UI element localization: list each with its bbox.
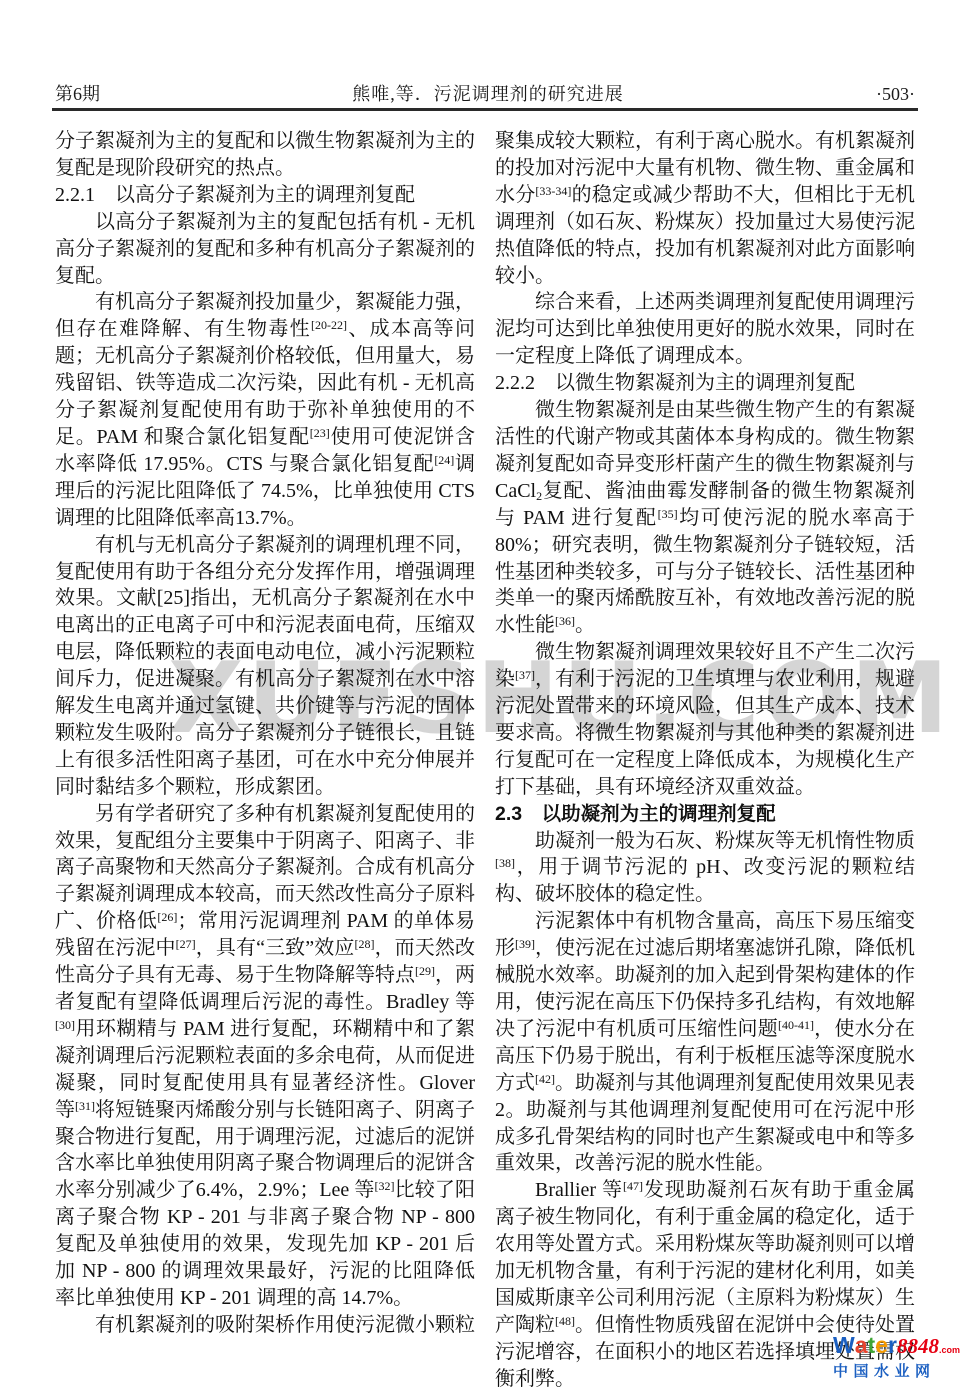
paragraph: 微生物絮凝剂是由某些微生物产生的有絮凝活性的代谢产物或其菌体本身构成的。微生物絮… <box>495 397 915 639</box>
page-number: ·503· <box>876 84 915 105</box>
logo-letter: e <box>875 1332 888 1359</box>
logo-letter: t <box>868 1332 876 1359</box>
paragraph: 微生物絮凝剂调理效果较好且不产生二次污染[37]，有利于污泥的卫生填埋与农业利用… <box>495 639 915 800</box>
paragraph: 聚集成较大颗粒，有利于离心脱水。有机絮凝剂的投加对污泥中大量有机物、微生物、重金… <box>495 128 915 289</box>
paragraph: 有机与无机高分子絮凝剂的调理机理不同，复配使用有助于各组分充分发挥作用，增强调理… <box>55 532 475 801</box>
running-title: 熊唯,等．污泥调理剂的研究进展 <box>352 80 624 106</box>
paragraph: 助凝剂一般为石灰、粉煤灰等无机惰性物质[38]，用于调节污泥的 pH、改变污泥的… <box>495 828 915 909</box>
section-heading: 2.3 以助凝剂为主的调理剂复配 <box>495 801 915 828</box>
left-column: 分子絮凝剂为主的复配和以微生物絮凝剂为主的复配是现阶段研究的热点。2.2.1 以… <box>55 128 475 1389</box>
section-heading: 2.2.2 以微生物絮凝剂为主的调理剂复配 <box>495 370 915 397</box>
paragraph: 有机絮凝剂的吸附架桥作用使污泥微小颗粒 <box>55 1312 475 1339</box>
paragraph: 综合来看，上述两类调理剂复配使用调理污泥均可达到比单独使用更好的脱水效果，同时在… <box>495 289 915 370</box>
paragraph: 分子絮凝剂为主的复配和以微生物絮凝剂为主的复配是现阶段研究的热点。 <box>55 128 475 182</box>
page-header: 第6期 熊唯,等．污泥调理剂的研究进展 ·503· <box>55 80 915 106</box>
logo-letter: r <box>888 1332 897 1359</box>
header-rule <box>52 108 918 111</box>
section-heading: 2.2.1 以高分子絮凝剂为主的调理剂复配 <box>55 182 475 209</box>
logo-subtitle: 中国水业网 <box>833 1360 968 1381</box>
paragraph: 以高分子絮凝剂为主的复配包括有机 - 无机高分子絮凝剂的复配和多种有机高分子絮凝… <box>55 209 475 290</box>
logo-letter: W <box>833 1332 855 1359</box>
water8848-logo: Water8848.com 中国水业网 <box>833 1332 968 1381</box>
logo-letter: a <box>855 1332 868 1359</box>
issue-label: 第6期 <box>55 80 100 106</box>
journal-page: 第6期 熊唯,等．污泥调理剂的研究进展 ·503· XUESHU.COM 分子絮… <box>0 0 970 1389</box>
logo-wordmark: Water8848.com <box>833 1332 968 1359</box>
paragraph: 另有学者研究了多种有机絮凝剂复配使用的效果，复配组分主要集中于阴离子、阳离子、非… <box>55 801 475 1312</box>
logo-number: 8848 <box>897 1334 939 1358</box>
right-column: 聚集成较大颗粒，有利于离心脱水。有机絮凝剂的投加对污泥中大量有机物、微生物、重金… <box>495 128 915 1389</box>
paragraph: 污泥絮体中有机物含量高，高压下易压缩变形[39]，使污泥在过滤后期堵塞滤饼孔隙，… <box>495 908 915 1177</box>
paragraph: 有机高分子絮凝剂投加量少，絮凝能力强，但存在难降解、有生物毒性[20-22]、成… <box>55 289 475 531</box>
logo-domain: .com <box>939 1345 960 1355</box>
article-body: 分子絮凝剂为主的复配和以微生物絮凝剂为主的复配是现阶段研究的热点。2.2.1 以… <box>55 128 915 1389</box>
